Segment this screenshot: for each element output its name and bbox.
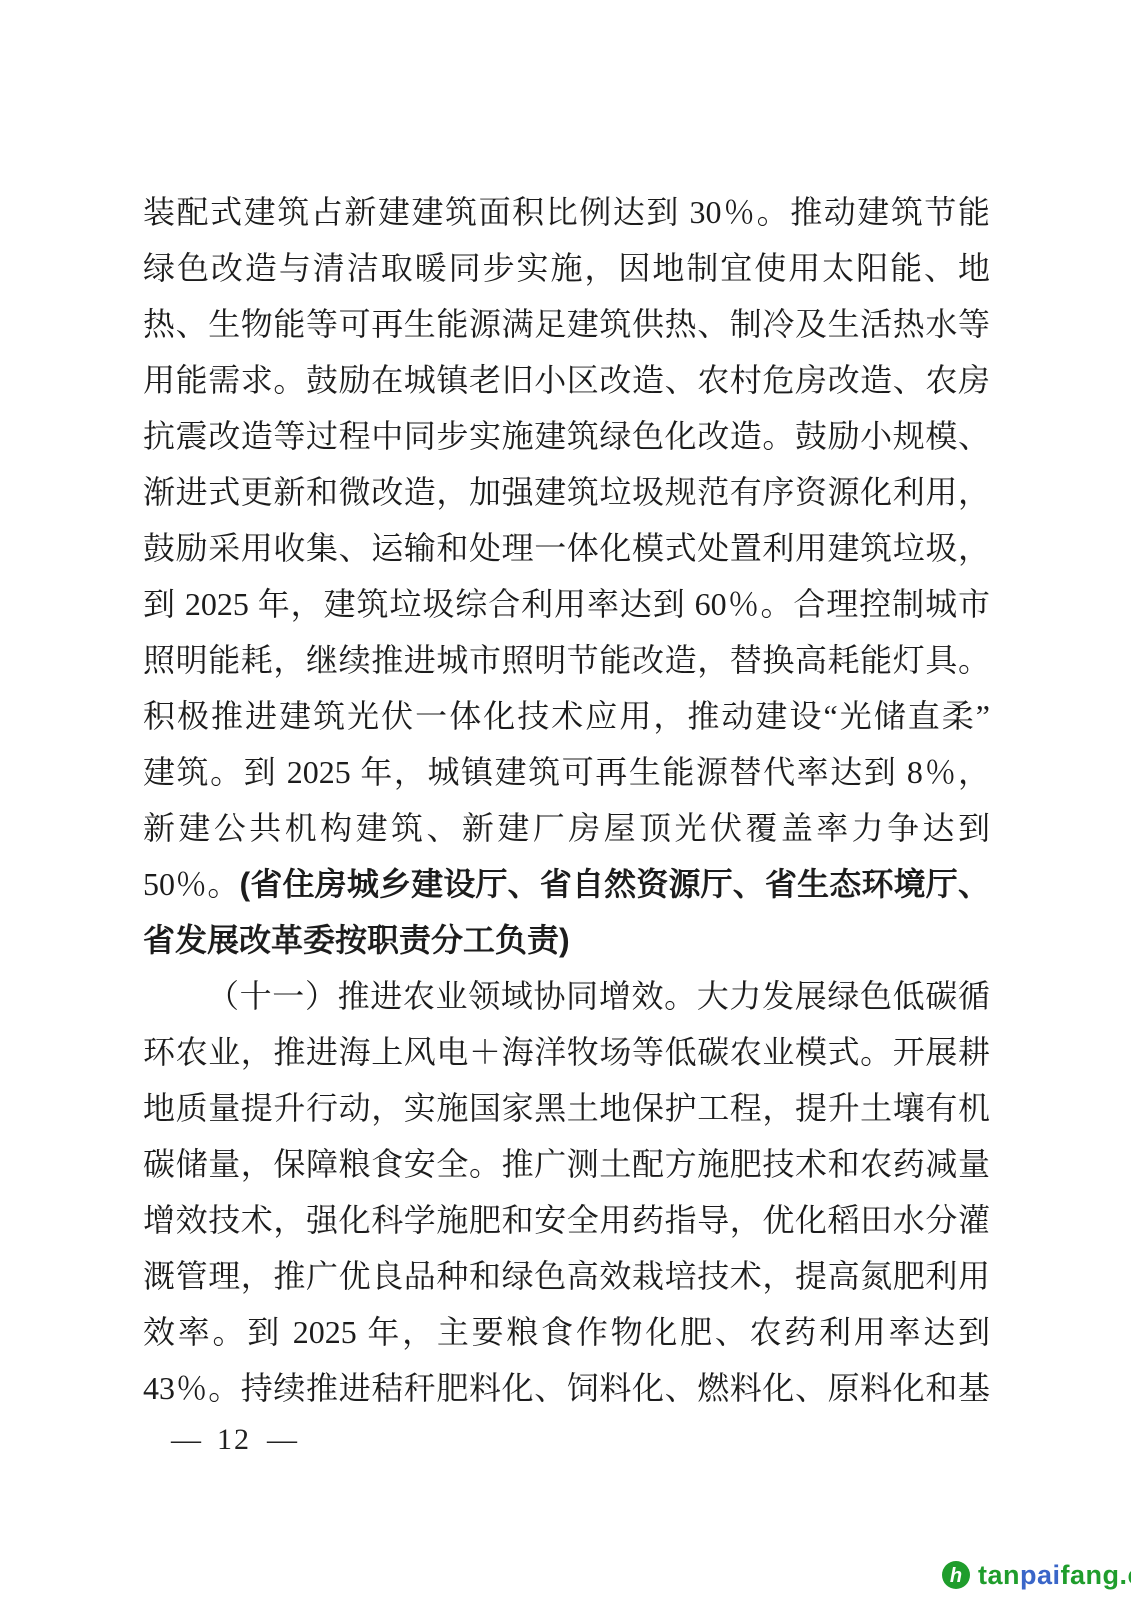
text-run: 碳储量，保障粮食安全。推广测土配方施肥技术和农药减量 [143, 1146, 990, 1182]
document-line: （十一）推进农业领域协同增效。大力发展绿色低碳循 [143, 968, 990, 1024]
bold-text-run: (省住房城乡建设厅、省自然资源厅、省生态环境厅、 [240, 866, 990, 902]
text-run: 50％。 [143, 866, 240, 902]
document-line: 省发展改革委按职责分工负责) [143, 912, 990, 968]
footer-right-dash: — [267, 1423, 297, 1456]
text-run: 热、生物能等可再生能源满足建筑供热、制冷及生活热水等 [143, 306, 990, 342]
document-line: 新建公共机构建筑、新建厂房屋顶光伏覆盖率力争达到 [143, 800, 990, 856]
document-page: 装配式建筑占新建建筑面积比例达到 30％。推动建筑节能绿色改造与清洁取暖同步实施… [0, 0, 1131, 1600]
document-line: 照明能耗，继续推进城市照明节能改造，替换高耗能灯具。 [143, 632, 990, 688]
document-line: 地质量提升行动，实施国家黑土地保护工程，提升土壤有机 [143, 1080, 990, 1136]
document-line: 建筑。到 2025 年，城镇建筑可再生能源替代率达到 8％， [143, 744, 990, 800]
document-line: 渐进式更新和微改造，加强建筑垃圾规范有序资源化利用， [143, 464, 990, 520]
document-line: 抗震改造等过程中同步实施建筑绿色化改造。鼓励小规模、 [143, 408, 990, 464]
text-run: 增效技术，强化科学施肥和安全用药指导，优化稻田水分灌 [143, 1202, 990, 1238]
document-body: 装配式建筑占新建建筑面积比例达到 30％。推动建筑节能绿色改造与清洁取暖同步实施… [143, 184, 990, 1416]
document-line: 积极推进建筑光伏一体化技术应用，推动建设“光储直柔” [143, 688, 990, 744]
watermark-text-part: tan [978, 1560, 1020, 1590]
tanpaifang-logo-icon: h [941, 1560, 971, 1590]
document-line: 50％。(省住房城乡建设厅、省自然资源厅、省生态环境厅、 [143, 856, 990, 912]
page-number-footer: —12— [171, 1422, 297, 1458]
text-run: 43％。持续推进秸秆肥料化、饲料化、燃料化、原料化和基 [143, 1370, 990, 1406]
text-run: 装配式建筑占新建建筑面积比例达到 30％。推动建筑节能 [143, 194, 990, 230]
document-line: 鼓励采用收集、运输和处理一体化模式处置利用建筑垃圾， [143, 520, 990, 576]
footer-left-dash: — [171, 1423, 201, 1456]
document-line: 溉管理，推广优良品种和绿色高效栽培技术，提高氮肥利用 [143, 1248, 990, 1304]
document-line: 43％。持续推进秸秆肥料化、饲料化、燃料化、原料化和基 [143, 1360, 990, 1416]
document-line: 效率。到 2025 年，主要粮食作物化肥、农药利用率达到 [143, 1304, 990, 1360]
watermark-site-name: tanpaifang.com [978, 1560, 1131, 1590]
document-line: 绿色改造与清洁取暖同步实施，因地制宜使用太阳能、地 [143, 240, 990, 296]
document-line: 到 2025 年，建筑垃圾综合利用率达到 60％。合理控制城市 [143, 576, 990, 632]
document-line: 用能需求。鼓励在城镇老旧小区改造、农村危房改造、农房 [143, 352, 990, 408]
document-line: 环农业，推进海上风电＋海洋牧场等低碳农业模式。开展耕 [143, 1024, 990, 1080]
document-line: 装配式建筑占新建建筑面积比例达到 30％。推动建筑节能 [143, 184, 990, 240]
footer-page-number: 12 [217, 1423, 251, 1456]
text-run: 溉管理，推广优良品种和绿色高效栽培技术，提高氮肥利用 [143, 1258, 990, 1294]
text-run: 新建公共机构建筑、新建厂房屋顶光伏覆盖率力争达到 [143, 810, 990, 846]
text-run: 效率。到 2025 年，主要粮食作物化肥、农药利用率达到 [143, 1314, 990, 1350]
document-line: 增效技术，强化科学施肥和安全用药指导，优化稻田水分灌 [143, 1192, 990, 1248]
document-line: 碳储量，保障粮食安全。推广测土配方施肥技术和农药减量 [143, 1136, 990, 1192]
text-run: 环农业，推进海上风电＋海洋牧场等低碳农业模式。开展耕 [143, 1034, 990, 1070]
watermark-text-part: pai [1020, 1560, 1061, 1590]
text-run: 地质量提升行动，实施国家黑土地保护工程，提升土壤有机 [143, 1090, 990, 1126]
text-run: 到 2025 年，建筑垃圾综合利用率达到 60％。合理控制城市 [143, 586, 990, 622]
text-run: 照明能耗，继续推进城市照明节能改造，替换高耗能灯具。 [143, 642, 990, 678]
watermark-text-part: fang.com [1061, 1560, 1131, 1590]
text-run: 鼓励采用收集、运输和处理一体化模式处置利用建筑垃圾， [143, 530, 990, 566]
text-run: 抗震改造等过程中同步实施建筑绿色化改造。鼓励小规模、 [143, 418, 990, 454]
bold-text-run: 省发展改革委按职责分工负责) [143, 922, 570, 958]
text-run: （十一）推进农业领域协同增效。大力发展绿色低碳循 [207, 978, 990, 1014]
text-run: 用能需求。鼓励在城镇老旧小区改造、农村危房改造、农房 [143, 362, 990, 398]
text-run: 渐进式更新和微改造，加强建筑垃圾规范有序资源化利用， [143, 474, 990, 510]
watermark: h tanpaifang.com [941, 1560, 1131, 1590]
document-line: 热、生物能等可再生能源满足建筑供热、制冷及生活热水等 [143, 296, 990, 352]
text-run: 绿色改造与清洁取暖同步实施，因地制宜使用太阳能、地 [143, 250, 990, 286]
text-run: 建筑。到 2025 年，城镇建筑可再生能源替代率达到 8％， [143, 754, 990, 790]
text-run: 积极推进建筑光伏一体化技术应用，推动建设“光储直柔” [143, 698, 990, 734]
svg-text:h: h [950, 1565, 962, 1587]
